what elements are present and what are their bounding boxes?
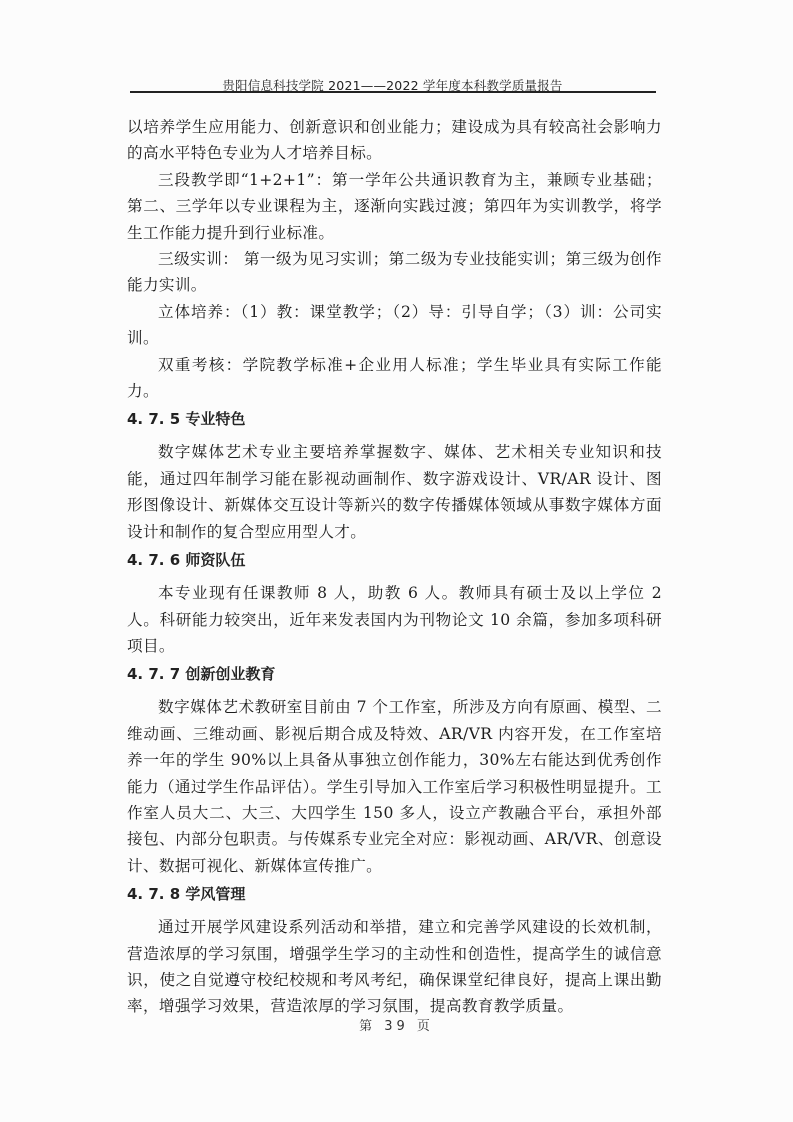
paragraph: 通过开展学风建设系列活动和举措，建立和完善学风建设的长效机制，营造浓厚的学习氛围… xyxy=(127,914,662,1020)
page-number: 第 39 页 xyxy=(0,1015,793,1034)
paragraph: 双重考核：学院教学标准+企业用人标准；学生毕业具有实际工作能力。 xyxy=(127,352,662,405)
paragraph: 本专业现有任课教师 8 人，助教 6 人。教师具有硕士及以上学位 2 人。科研能… xyxy=(127,580,662,659)
section-4-7-8: 4. 7. 8 学风管理 通过开展学风建设系列活动和举措，建立和完善学风建设的长… xyxy=(127,882,662,1020)
paragraph: 三段教学即“1+2+1”：第一学年公共通识教育为主，兼顾专业基础；第二、三学年以… xyxy=(127,167,662,246)
paragraph: 立体培养：（1）教：课堂教学；（2）导：引导自学；（3）训：公司实训。 xyxy=(127,299,662,352)
paragraph: 数字媒体艺术专业主要培养掌握数字、媒体、艺术相关专业知识和技能，通过四年制学习能… xyxy=(127,439,662,545)
header-divider xyxy=(130,91,656,93)
page-content: 以培养学生应用能力、创新意识和创业能力；建设成为具有较高社会影响力的高水平特色专… xyxy=(127,114,662,1022)
intro-block: 以培养学生应用能力、创新意识和创业能力；建设成为具有较高社会影响力的高水平特色专… xyxy=(127,114,662,404)
section-heading: 4. 7. 7 创新创业教育 xyxy=(127,662,662,686)
section-4-7-7: 4. 7. 7 创新创业教育 数字媒体艺术教研室目前由 7 个工作室，所涉及方向… xyxy=(127,662,662,879)
paragraph: 数字媒体艺术教研室目前由 7 个工作室，所涉及方向有原画、模型、二维动画、三维动… xyxy=(127,694,662,879)
section-4-7-5: 4. 7. 5 专业特色 数字媒体艺术专业主要培养掌握数字、媒体、艺术相关专业知… xyxy=(127,407,662,545)
document-page: 贵阳信息科技学院 2021——2022 学年度本科教学质量报告 以培养学生应用能… xyxy=(0,0,793,1122)
section-heading: 4. 7. 6 师资队伍 xyxy=(127,548,662,572)
paragraph: 以培养学生应用能力、创新意识和创业能力；建设成为具有较高社会影响力的高水平特色专… xyxy=(127,114,662,167)
section-heading: 4. 7. 8 学风管理 xyxy=(127,882,662,906)
section-heading: 4. 7. 5 专业特色 xyxy=(127,407,662,431)
section-4-7-6: 4. 7. 6 师资队伍 本专业现有任课教师 8 人，助教 6 人。教师具有硕士… xyxy=(127,548,662,659)
paragraph: 三级实训： 第一级为见习实训；第二级为专业技能实训；第三级为创作能力实训。 xyxy=(127,246,662,299)
